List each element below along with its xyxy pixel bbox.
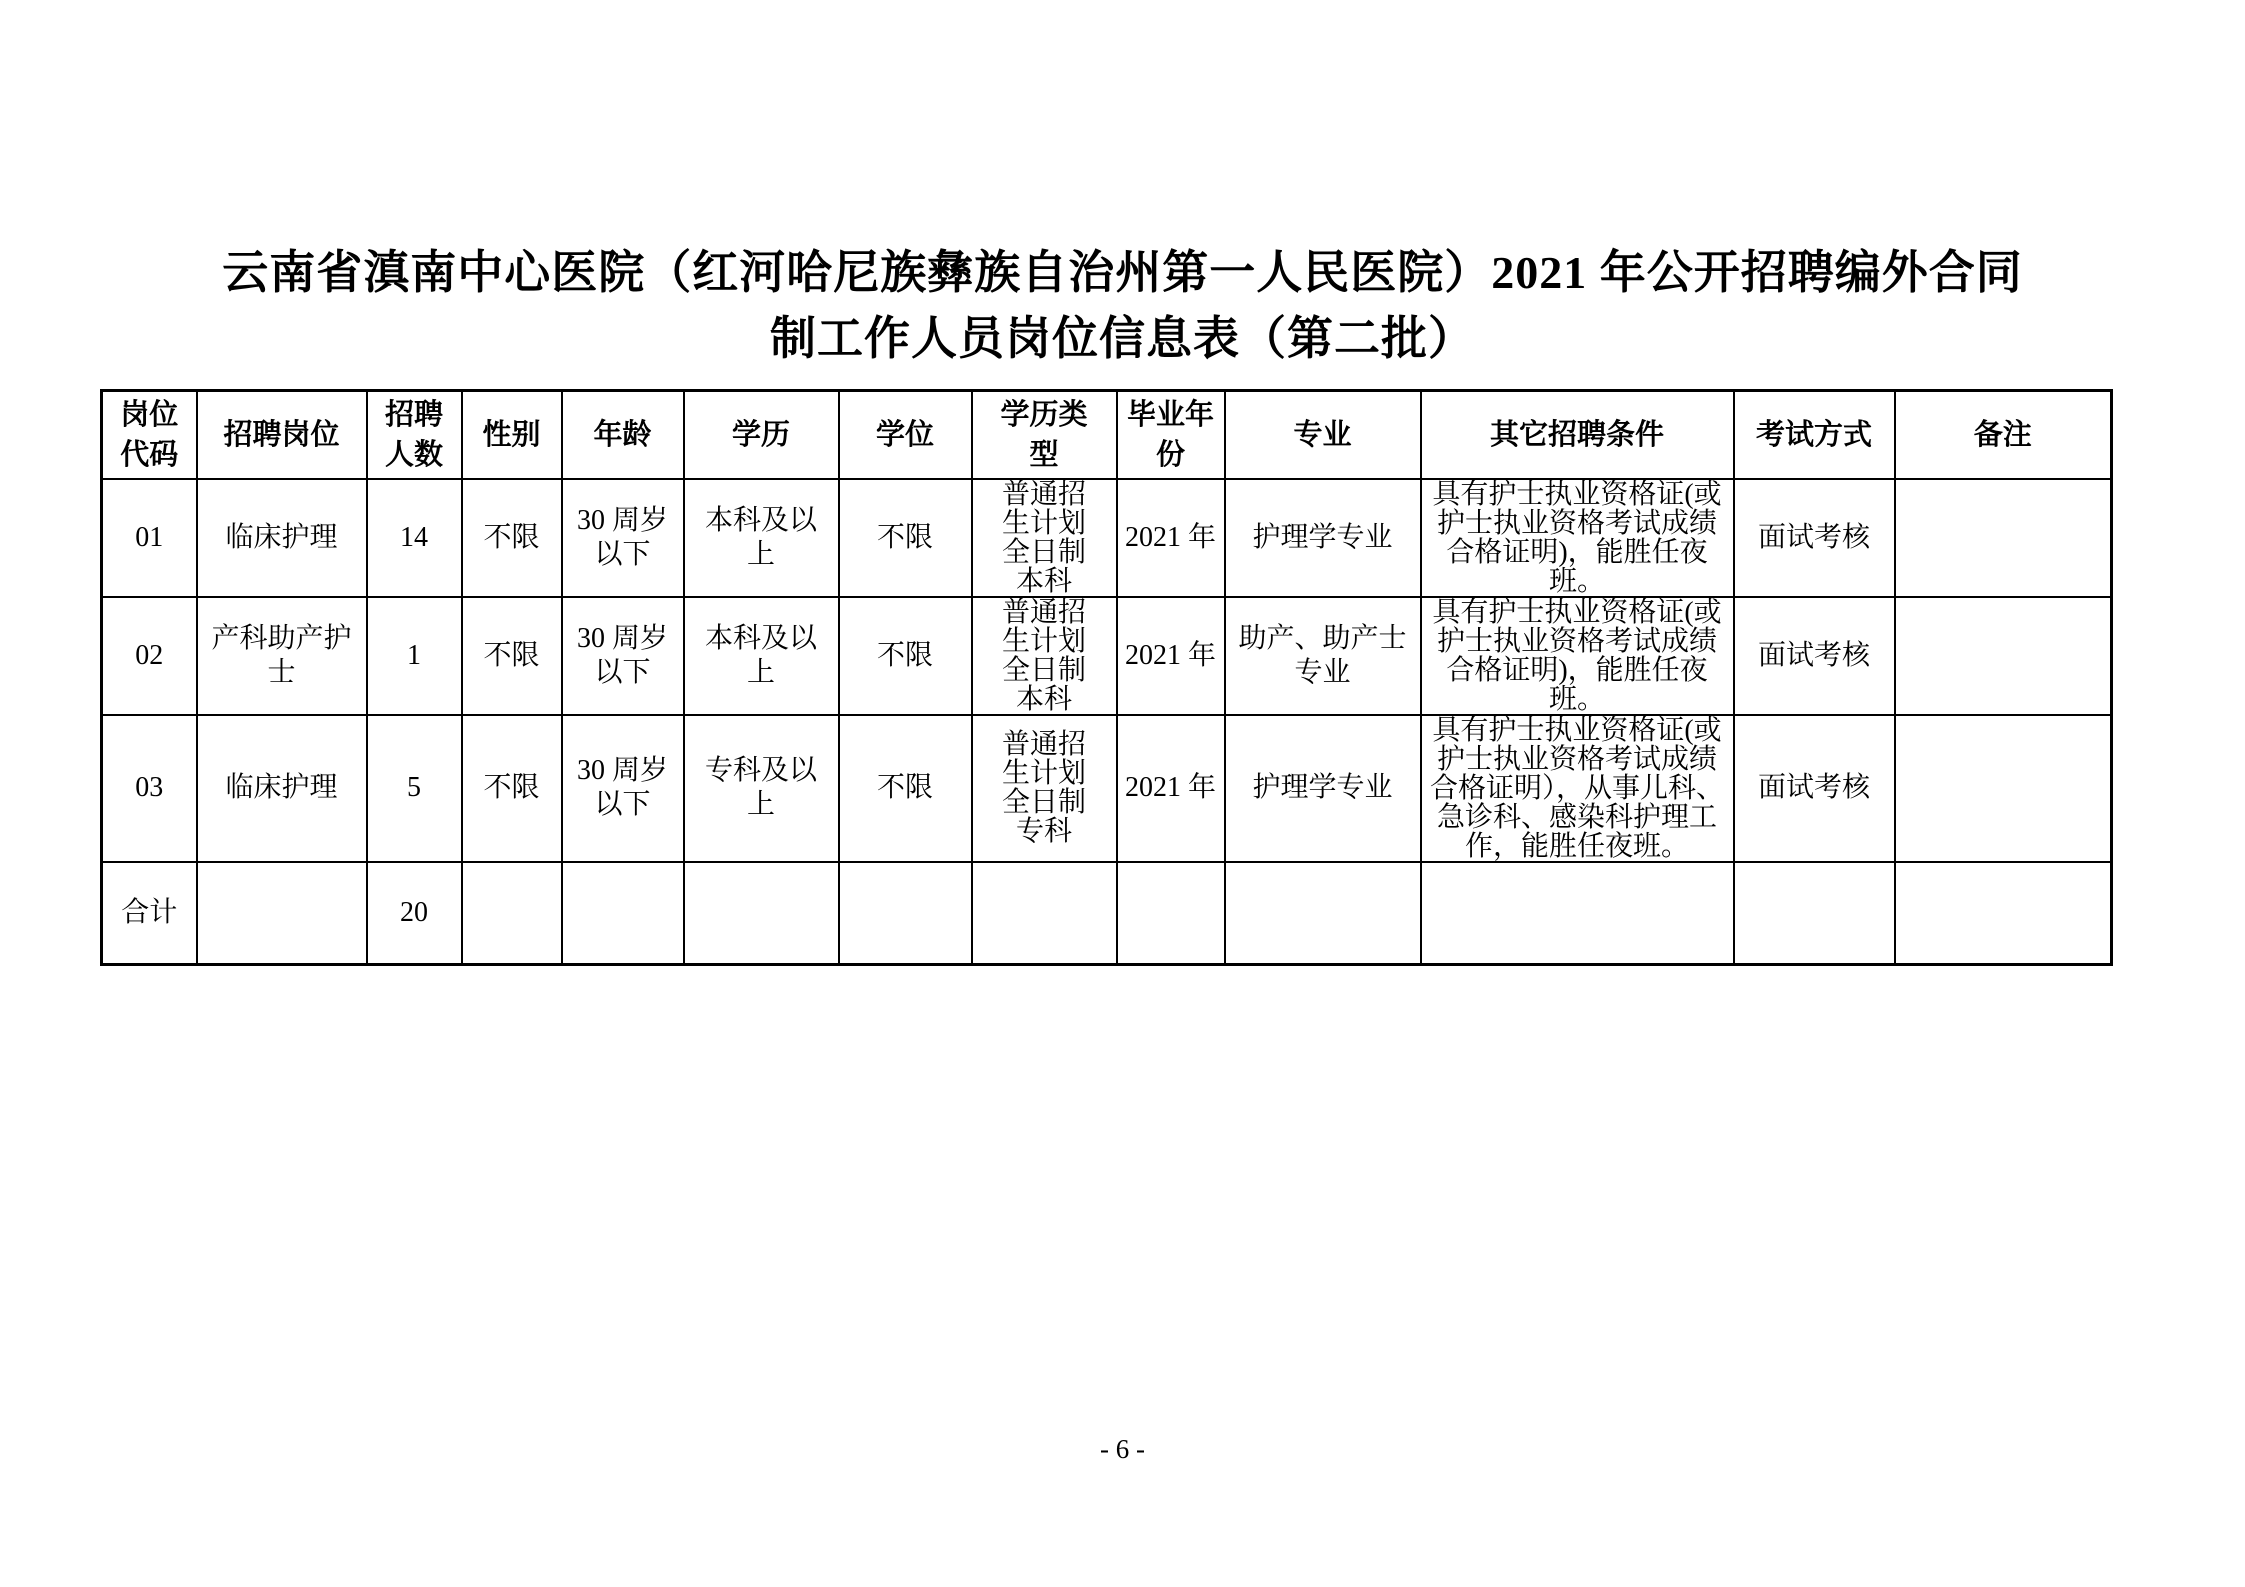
row02-post-code: 02 bbox=[102, 597, 197, 715]
row02-headcount: 1 bbox=[367, 597, 462, 715]
document-page: 云南省滇南中心医院（红河哈尼族彝族自治州第一人民医院）2021 年公开招聘编外合… bbox=[0, 0, 2245, 1587]
total-other-requirements bbox=[1421, 862, 1734, 965]
row02-exam-method: 面试考核 bbox=[1734, 597, 1895, 715]
total-remarks bbox=[1895, 862, 2112, 965]
header-age: 年龄 bbox=[562, 391, 684, 479]
total-gender bbox=[462, 862, 562, 965]
table-row-01: 01 临床护理 14 不限 30 周岁以下 本科及以上 不限 普通招生计划全日制… bbox=[102, 479, 2112, 597]
row03-post-code: 03 bbox=[102, 715, 197, 862]
total-age bbox=[562, 862, 684, 965]
row03-education-type: 普通招生计划全日制专科 bbox=[972, 715, 1117, 862]
row03-post-name: 临床护理 bbox=[197, 715, 367, 862]
recruitment-table: 岗位代码 招聘岗位 招聘人数 性别 年龄 学历 学位 学历类型 毕业年份 专业 … bbox=[100, 389, 2113, 966]
row02-major: 助产、助产士专业 bbox=[1225, 597, 1421, 715]
header-degree: 学位 bbox=[839, 391, 972, 479]
row01-exam-method: 面试考核 bbox=[1734, 479, 1895, 597]
header-graduation-year: 毕业年份 bbox=[1117, 391, 1225, 479]
table-total-row: 合计 20 bbox=[102, 862, 2112, 965]
row03-headcount: 5 bbox=[367, 715, 462, 862]
header-remarks: 备注 bbox=[1895, 391, 2112, 479]
row02-degree: 不限 bbox=[839, 597, 972, 715]
row01-headcount: 14 bbox=[367, 479, 462, 597]
header-education-type: 学历类型 bbox=[972, 391, 1117, 479]
row02-education: 本科及以上 bbox=[684, 597, 839, 715]
total-headcount: 20 bbox=[367, 862, 462, 965]
row03-remarks bbox=[1895, 715, 2112, 862]
total-education bbox=[684, 862, 839, 965]
table-header-row: 岗位代码 招聘岗位 招聘人数 性别 年龄 学历 学位 学历类型 毕业年份 专业 … bbox=[102, 391, 2112, 479]
header-gender: 性别 bbox=[462, 391, 562, 479]
header-other-requirements: 其它招聘条件 bbox=[1421, 391, 1734, 479]
row02-education-type: 普通招生计划全日制本科 bbox=[972, 597, 1117, 715]
row02-other-requirements: 具有护士执业资格证(或护士执业资格考试成绩合格证明)，能胜任夜班。 bbox=[1421, 597, 1734, 715]
total-education-type bbox=[972, 862, 1117, 965]
row03-exam-method: 面试考核 bbox=[1734, 715, 1895, 862]
row01-major: 护理学专业 bbox=[1225, 479, 1421, 597]
title-line-1: 云南省滇南中心医院（红河哈尼族彝族自治州第一人民医院）2021 年公开招聘编外合… bbox=[0, 240, 2245, 306]
row01-education: 本科及以上 bbox=[684, 479, 839, 597]
header-headcount: 招聘人数 bbox=[367, 391, 462, 479]
row02-gender: 不限 bbox=[462, 597, 562, 715]
total-degree bbox=[839, 862, 972, 965]
row01-age: 30 周岁以下 bbox=[562, 479, 684, 597]
row03-other-requirements: 具有护士执业资格证(或护士执业资格考试成绩合格证明），从事儿科、急诊科、感染科护… bbox=[1421, 715, 1734, 862]
row03-education: 专科及以上 bbox=[684, 715, 839, 862]
table-row-03: 03 临床护理 5 不限 30 周岁以下 专科及以上 不限 普通招生计划全日制专… bbox=[102, 715, 2112, 862]
row03-degree: 不限 bbox=[839, 715, 972, 862]
total-major bbox=[1225, 862, 1421, 965]
total-label: 合计 bbox=[102, 862, 197, 965]
header-post-code: 岗位代码 bbox=[102, 391, 197, 479]
table-row-02: 02 产科助产护士 1 不限 30 周岁以下 本科及以上 不限 普通招生计划全日… bbox=[102, 597, 2112, 715]
row01-other-requirements: 具有护士执业资格证(或护士执业资格考试成绩合格证明)，能胜任夜班。 bbox=[1421, 479, 1734, 597]
row02-age: 30 周岁以下 bbox=[562, 597, 684, 715]
row03-major: 护理学专业 bbox=[1225, 715, 1421, 862]
page-number: - 6 - bbox=[0, 1432, 2245, 1466]
row01-post-name: 临床护理 bbox=[197, 479, 367, 597]
row02-post-name: 产科助产护士 bbox=[197, 597, 367, 715]
row03-gender: 不限 bbox=[462, 715, 562, 862]
row01-graduation-year: 2021 年 bbox=[1117, 479, 1225, 597]
row02-remarks bbox=[1895, 597, 2112, 715]
row03-age: 30 周岁以下 bbox=[562, 715, 684, 862]
row01-gender: 不限 bbox=[462, 479, 562, 597]
row01-remarks bbox=[1895, 479, 2112, 597]
header-exam-method: 考试方式 bbox=[1734, 391, 1895, 479]
total-graduation-year bbox=[1117, 862, 1225, 965]
header-post-name: 招聘岗位 bbox=[197, 391, 367, 479]
row03-graduation-year: 2021 年 bbox=[1117, 715, 1225, 862]
row01-post-code: 01 bbox=[102, 479, 197, 597]
row01-degree: 不限 bbox=[839, 479, 972, 597]
document-title: 云南省滇南中心医院（红河哈尼族彝族自治州第一人民医院）2021 年公开招聘编外合… bbox=[0, 240, 2245, 372]
row02-graduation-year: 2021 年 bbox=[1117, 597, 1225, 715]
row01-education-type: 普通招生计划全日制本科 bbox=[972, 479, 1117, 597]
total-exam-method bbox=[1734, 862, 1895, 965]
header-major: 专业 bbox=[1225, 391, 1421, 479]
total-post-name bbox=[197, 862, 367, 965]
title-line-2: 制工作人员岗位信息表（第二批） bbox=[0, 306, 2245, 372]
header-education: 学历 bbox=[684, 391, 839, 479]
